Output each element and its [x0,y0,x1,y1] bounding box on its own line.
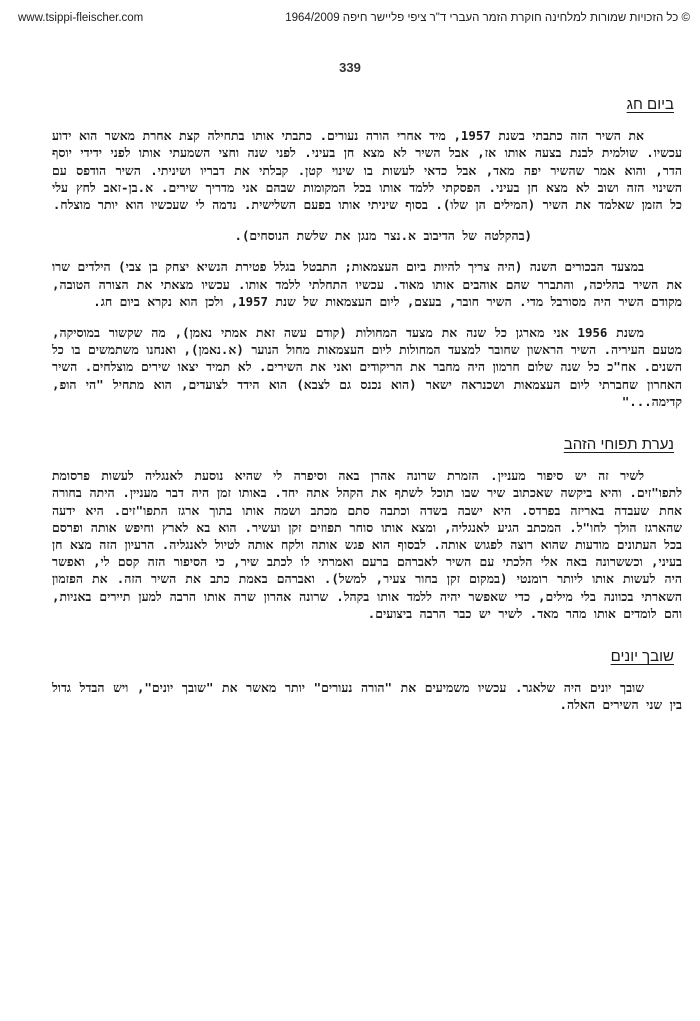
section-shovach-yonim: שובך יונים שובך יונים היה שלאגר. עכשיו מ… [52,648,682,714]
section-title: נערת תפוחי הזהב [52,436,674,453]
copyright-notice: © כל הזכויות שמורות למלחינה חוקרת הזמר ה… [285,12,690,24]
paragraph: את השיר הזה כתבתי בשנת 1957, מיד אחרי הו… [52,127,682,213]
section-title: ביום חג [52,96,674,113]
section-beyom-chag: ביום חג את השיר הזה כתבתי בשנת 1957, מיד… [52,96,682,410]
page-number: 339 [0,60,700,75]
section-naarat-tapuchei-hazahav: נערת תפוחי הזהב לשיר זה יש סיפור מעניין.… [52,436,682,622]
section-title: שובך יונים [52,648,674,665]
paragraph: שובך יונים היה שלאגר. עכשיו משמיעים את "… [52,679,682,713]
document-body: ביום חג את השיר הזה כתבתי בשנת 1957, מיד… [52,96,682,740]
page-header: www.tsippi-fleischer.com © כל הזכויות שמ… [0,8,700,28]
paragraph: משנת 1956 אני מארגן כל שנה את מצעד המחול… [52,324,682,410]
website-link[interactable]: www.tsippi-fleischer.com [18,12,143,24]
paragraph: (בהקלטה של הדיבוב א.נצר מנגן את שלשת הנו… [52,227,682,244]
paragraph: במצעד הבכורים השנה (היה צריך להיות ביום … [52,258,682,310]
paragraph: לשיר זה יש סיפור מעניין. הזמרת שרונה אהר… [52,467,682,622]
